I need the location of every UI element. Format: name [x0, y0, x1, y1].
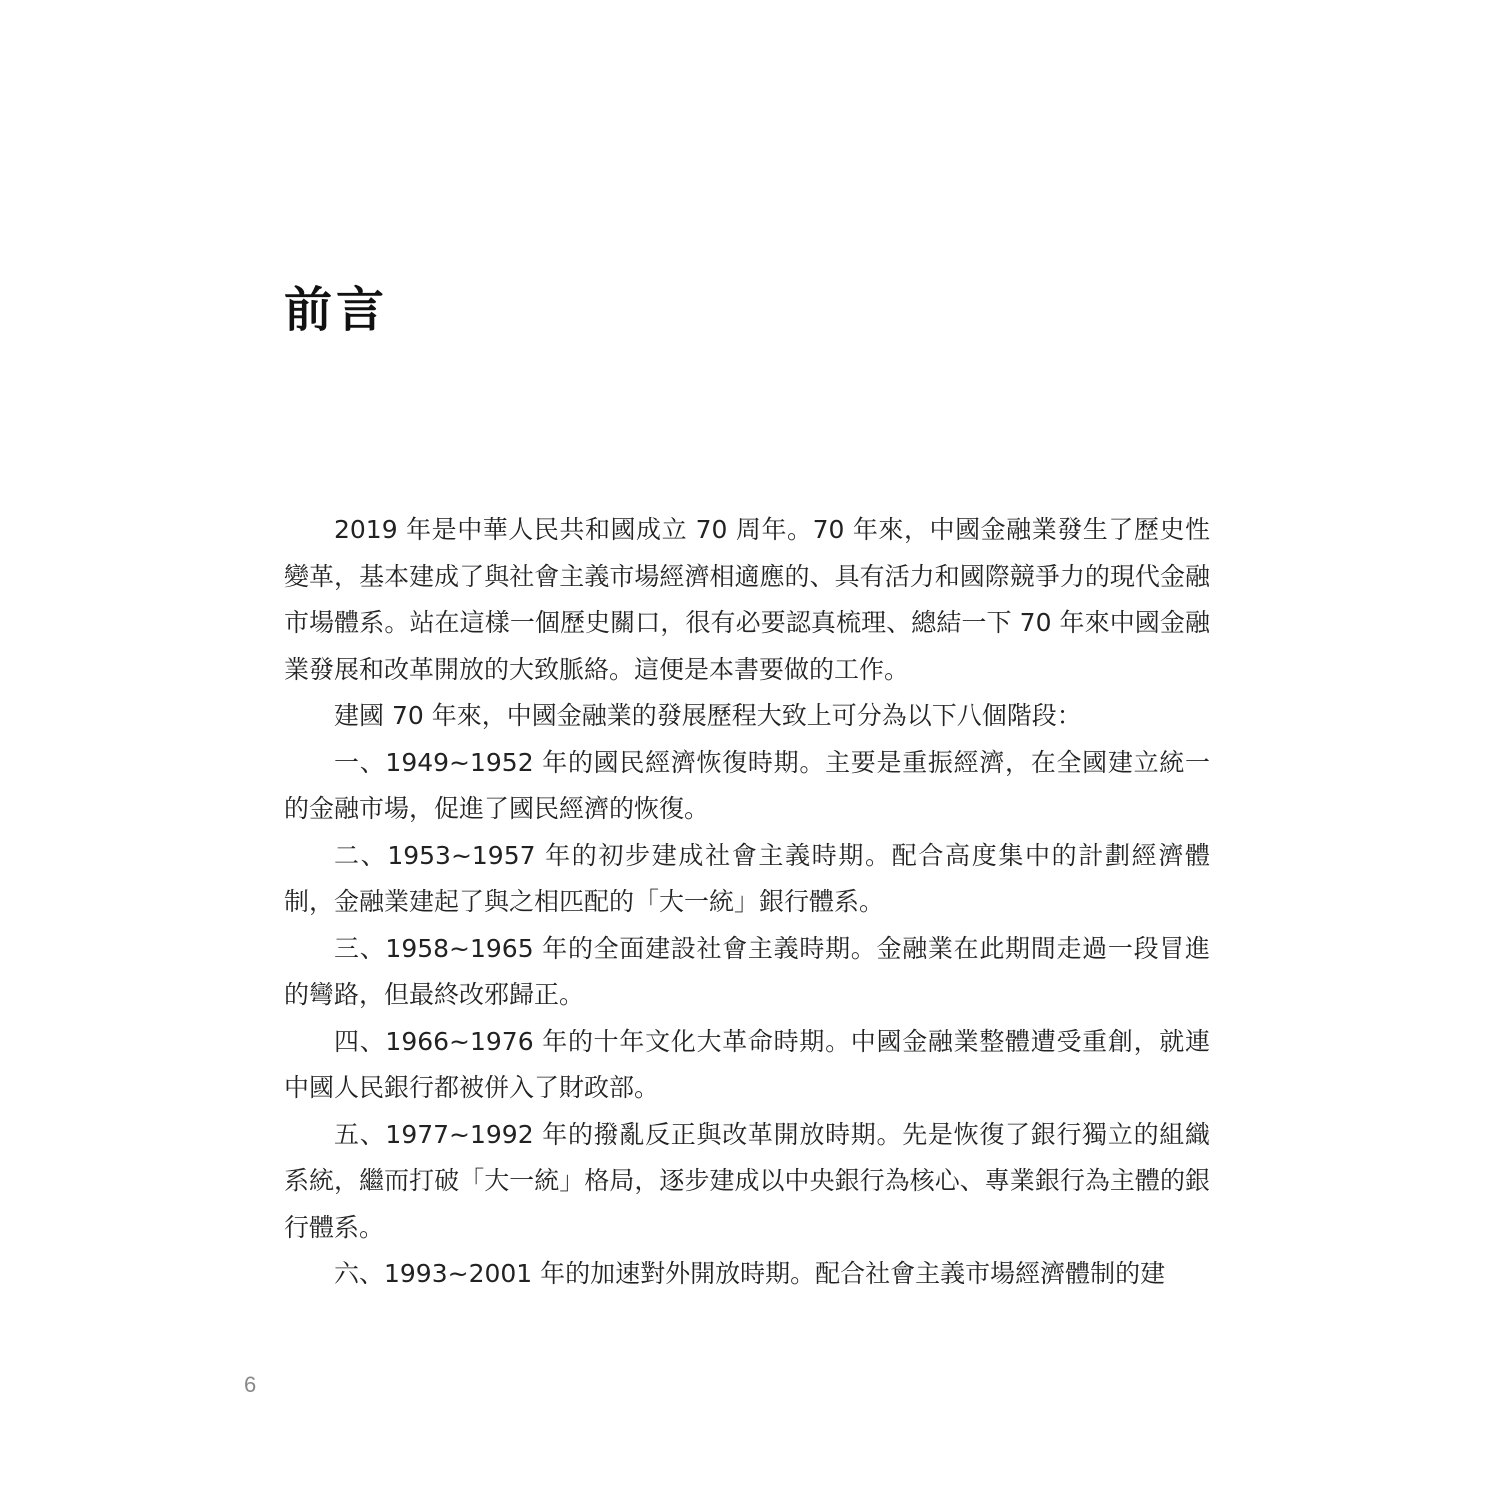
paragraph: 二、1953~1957 年的初步建成社會主義時期。配合高度集中的計劃經濟體制，金…: [284, 833, 1210, 926]
paragraph: 三、1958~1965 年的全面建設社會主義時期。金融業在此期間走過一段冒進的彎…: [284, 926, 1210, 1019]
paragraph: 建國 70 年來，中國金融業的發展歷程大致上可分為以下八個階段：: [284, 693, 1210, 740]
paragraph: 一、1949~1952 年的國民經濟恢復時期。主要是重振經濟，在全國建立統一的金…: [284, 740, 1210, 833]
paragraph: 五、1977~1992 年的撥亂反正與改革開放時期。先是恢復了銀行獨立的組織系統…: [284, 1112, 1210, 1252]
paragraph: 四、1966~1976 年的十年文化大革命時期。中國金融業整體遭受重創，就連中國…: [284, 1019, 1210, 1112]
book-page: 前言 2019 年是中華人民共和國成立 70 周年。70 年來，中國金融業發生了…: [0, 0, 1500, 1500]
paragraph: 六、1993~2001 年的加速對外開放時期。配合社會主義市場經濟體制的建: [284, 1251, 1210, 1298]
chapter-title: 前言: [284, 280, 388, 340]
paragraph: 2019 年是中華人民共和國成立 70 周年。70 年來，中國金融業發生了歷史性…: [284, 507, 1210, 693]
page-number: 6: [244, 1372, 256, 1398]
body-text: 2019 年是中華人民共和國成立 70 周年。70 年來，中國金融業發生了歷史性…: [284, 507, 1210, 1298]
